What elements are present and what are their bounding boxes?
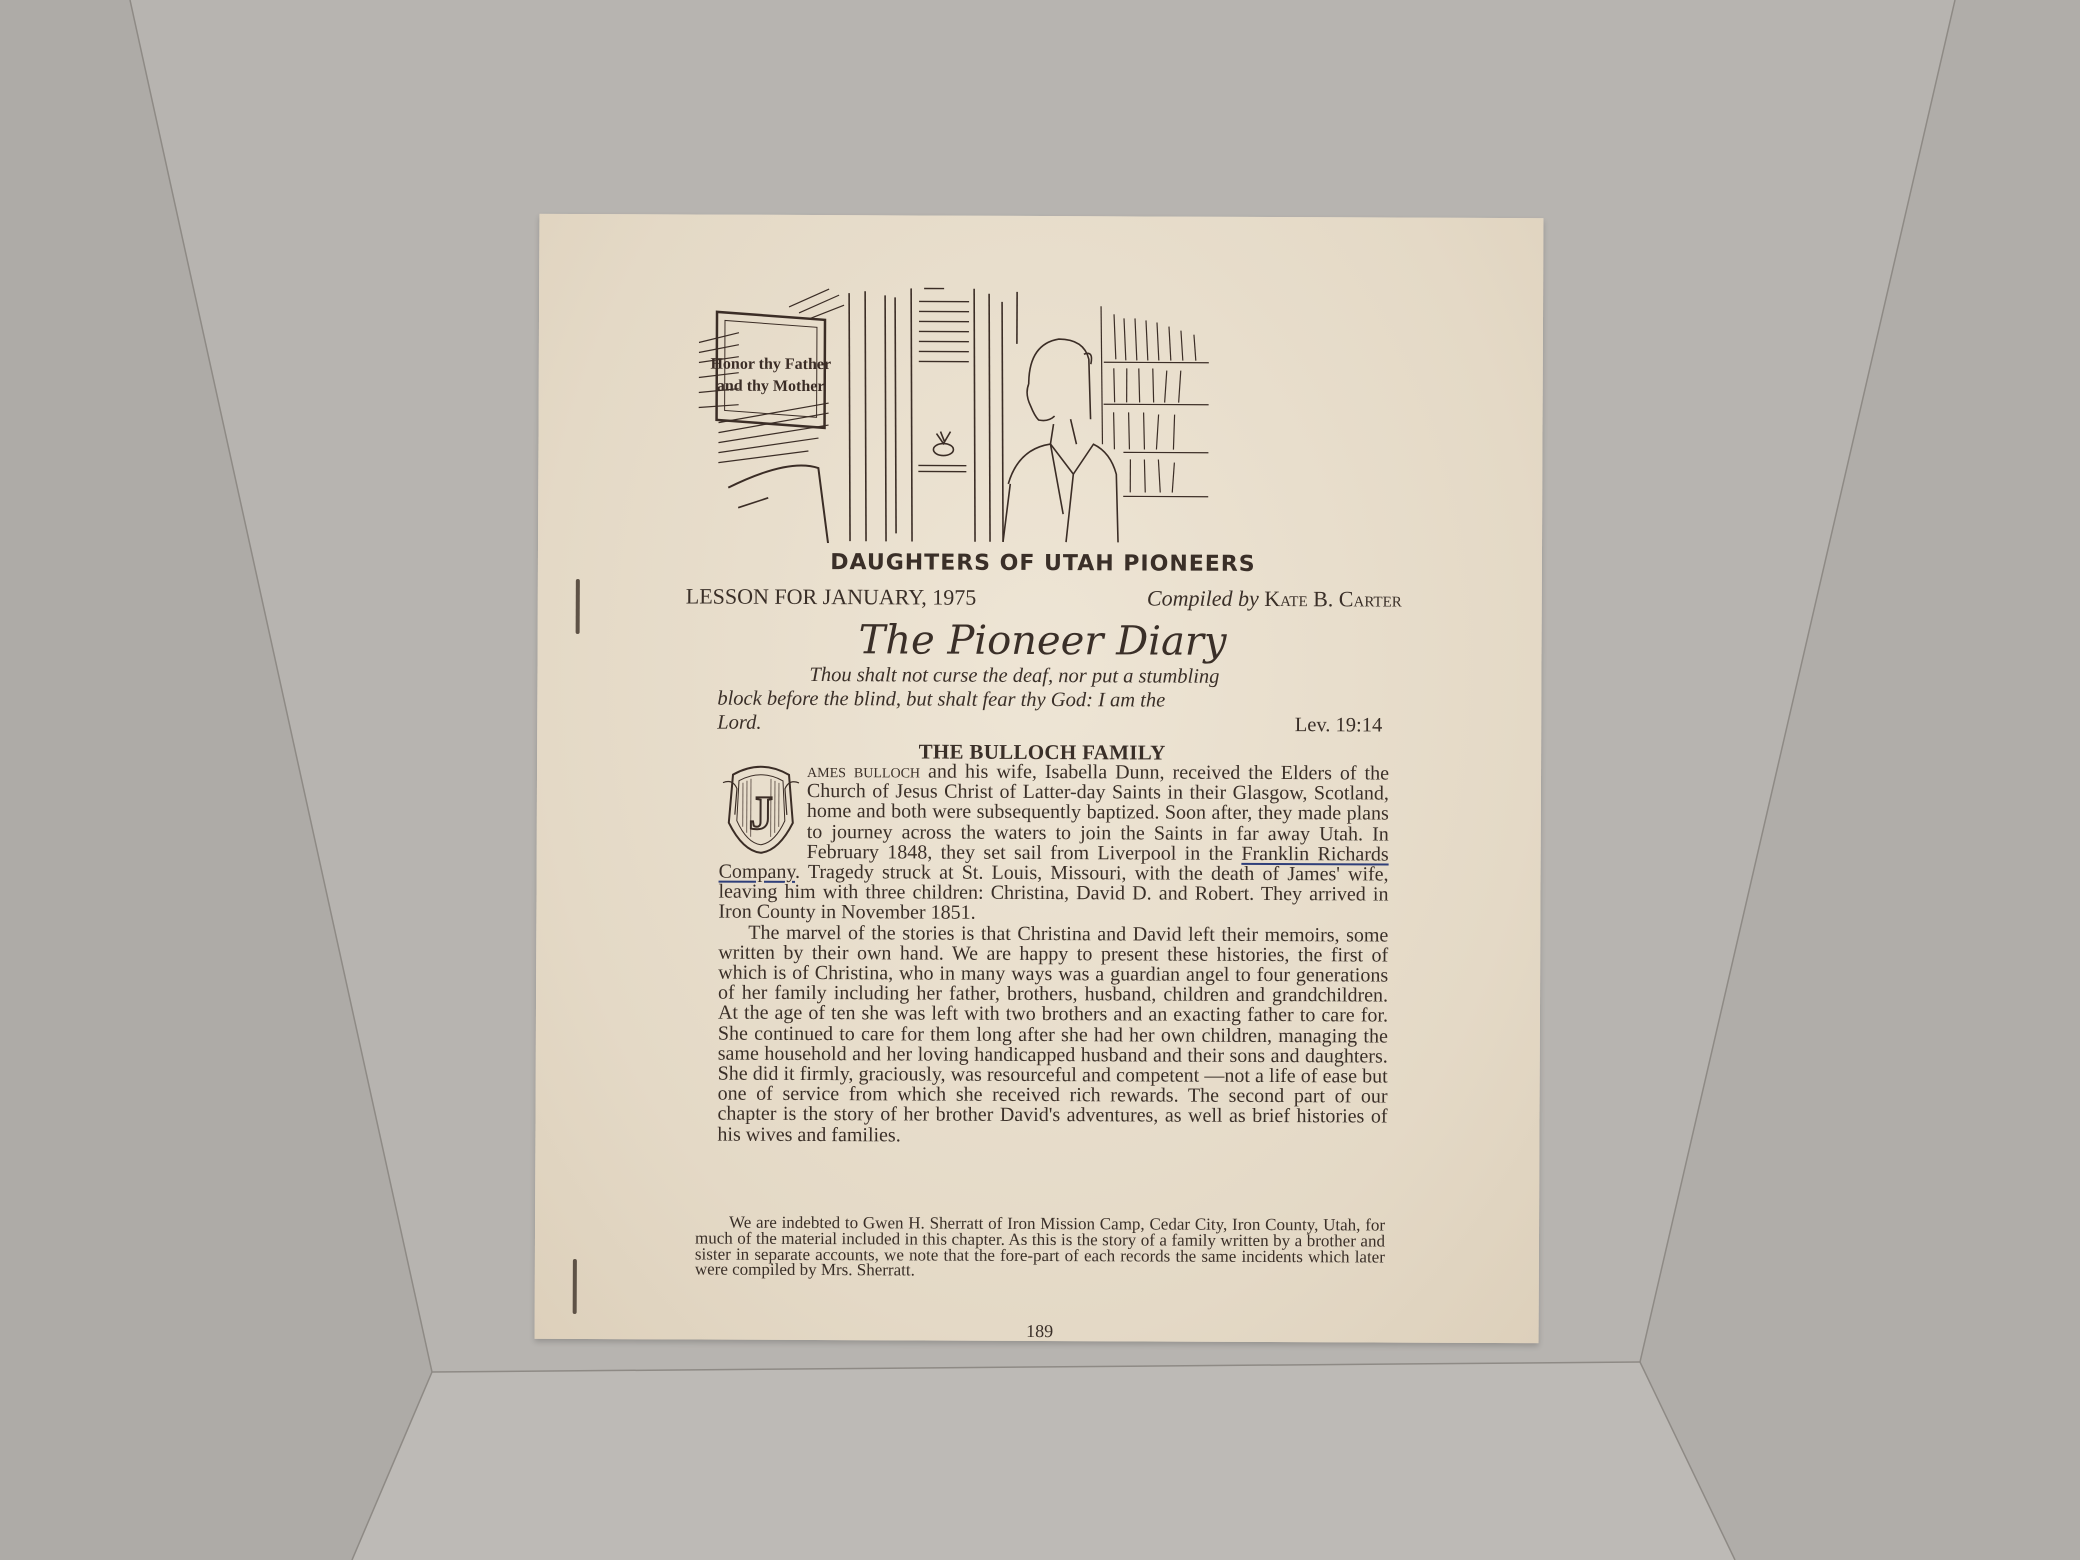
epigraph-citation: Lev. 19:14 [1295,713,1383,737]
compiled-by: Compiled by Kate B. Carter [1147,585,1402,612]
lead-in: ames bulloch [807,760,920,782]
sign-line-1: Honor thy Father [710,356,831,374]
svg-text:J: J [749,787,773,840]
compiled-prefix: Compiled by [1147,585,1259,610]
organization-heading: DAUGHTERS OF UTAH PIONEERS [698,550,1388,578]
booklet-page: Honor thy Father and thy Mother DAUGHTER… [535,214,1544,1343]
epigraph-citation-row: Lord. Lev. 19:14 [717,711,1382,738]
epigraph-line-3: Lord. [717,711,761,735]
header-illustration: Honor thy Father and thy Mother [698,283,1389,546]
staple [576,579,580,634]
photo-scene: Honor thy Father and thy Mother DAUGHTER… [0,0,2080,1560]
epigraph-line-2: block before the blind, but shalt fear t… [717,687,1382,714]
ornamental-drop-cap-icon: J [719,761,803,859]
paragraph-intro: J ames bulloch and his wife, Isabella Du… [718,761,1389,926]
paragraph-intro-text-b: . Tragedy struck at St. Louis, Missouri,… [718,861,1388,924]
paragraph-acknowledgement: We are indebted to Gwen H. Sherratt of I… [695,1215,1385,1281]
acknowledgement-block: We are indebted to Gwen H. Sherratt of I… [695,1215,1385,1281]
epigraph: Thou shalt not curse the deaf, nor put a… [717,663,1382,738]
sign-line-2: and thy Mother [717,378,825,395]
paragraph-marvel: The marvel of the stories is that Christ… [717,922,1388,1147]
drop-cap: J [719,761,807,861]
lesson-row: LESSON FOR JANUARY, 1975 Compiled by Kat… [686,583,1402,612]
article-body: J ames bulloch and his wife, Isabella Du… [717,761,1389,1148]
page-number: 189 [695,1320,1385,1344]
lesson-date: LESSON FOR JANUARY, 1975 [686,583,977,610]
staple [573,1259,577,1314]
series-title: The Pioneer Diary [698,617,1388,666]
compiled-author: Kate B. Carter [1264,586,1402,612]
epigraph-line-1: Thou shalt not curse the deaf, nor put a… [717,663,1382,690]
